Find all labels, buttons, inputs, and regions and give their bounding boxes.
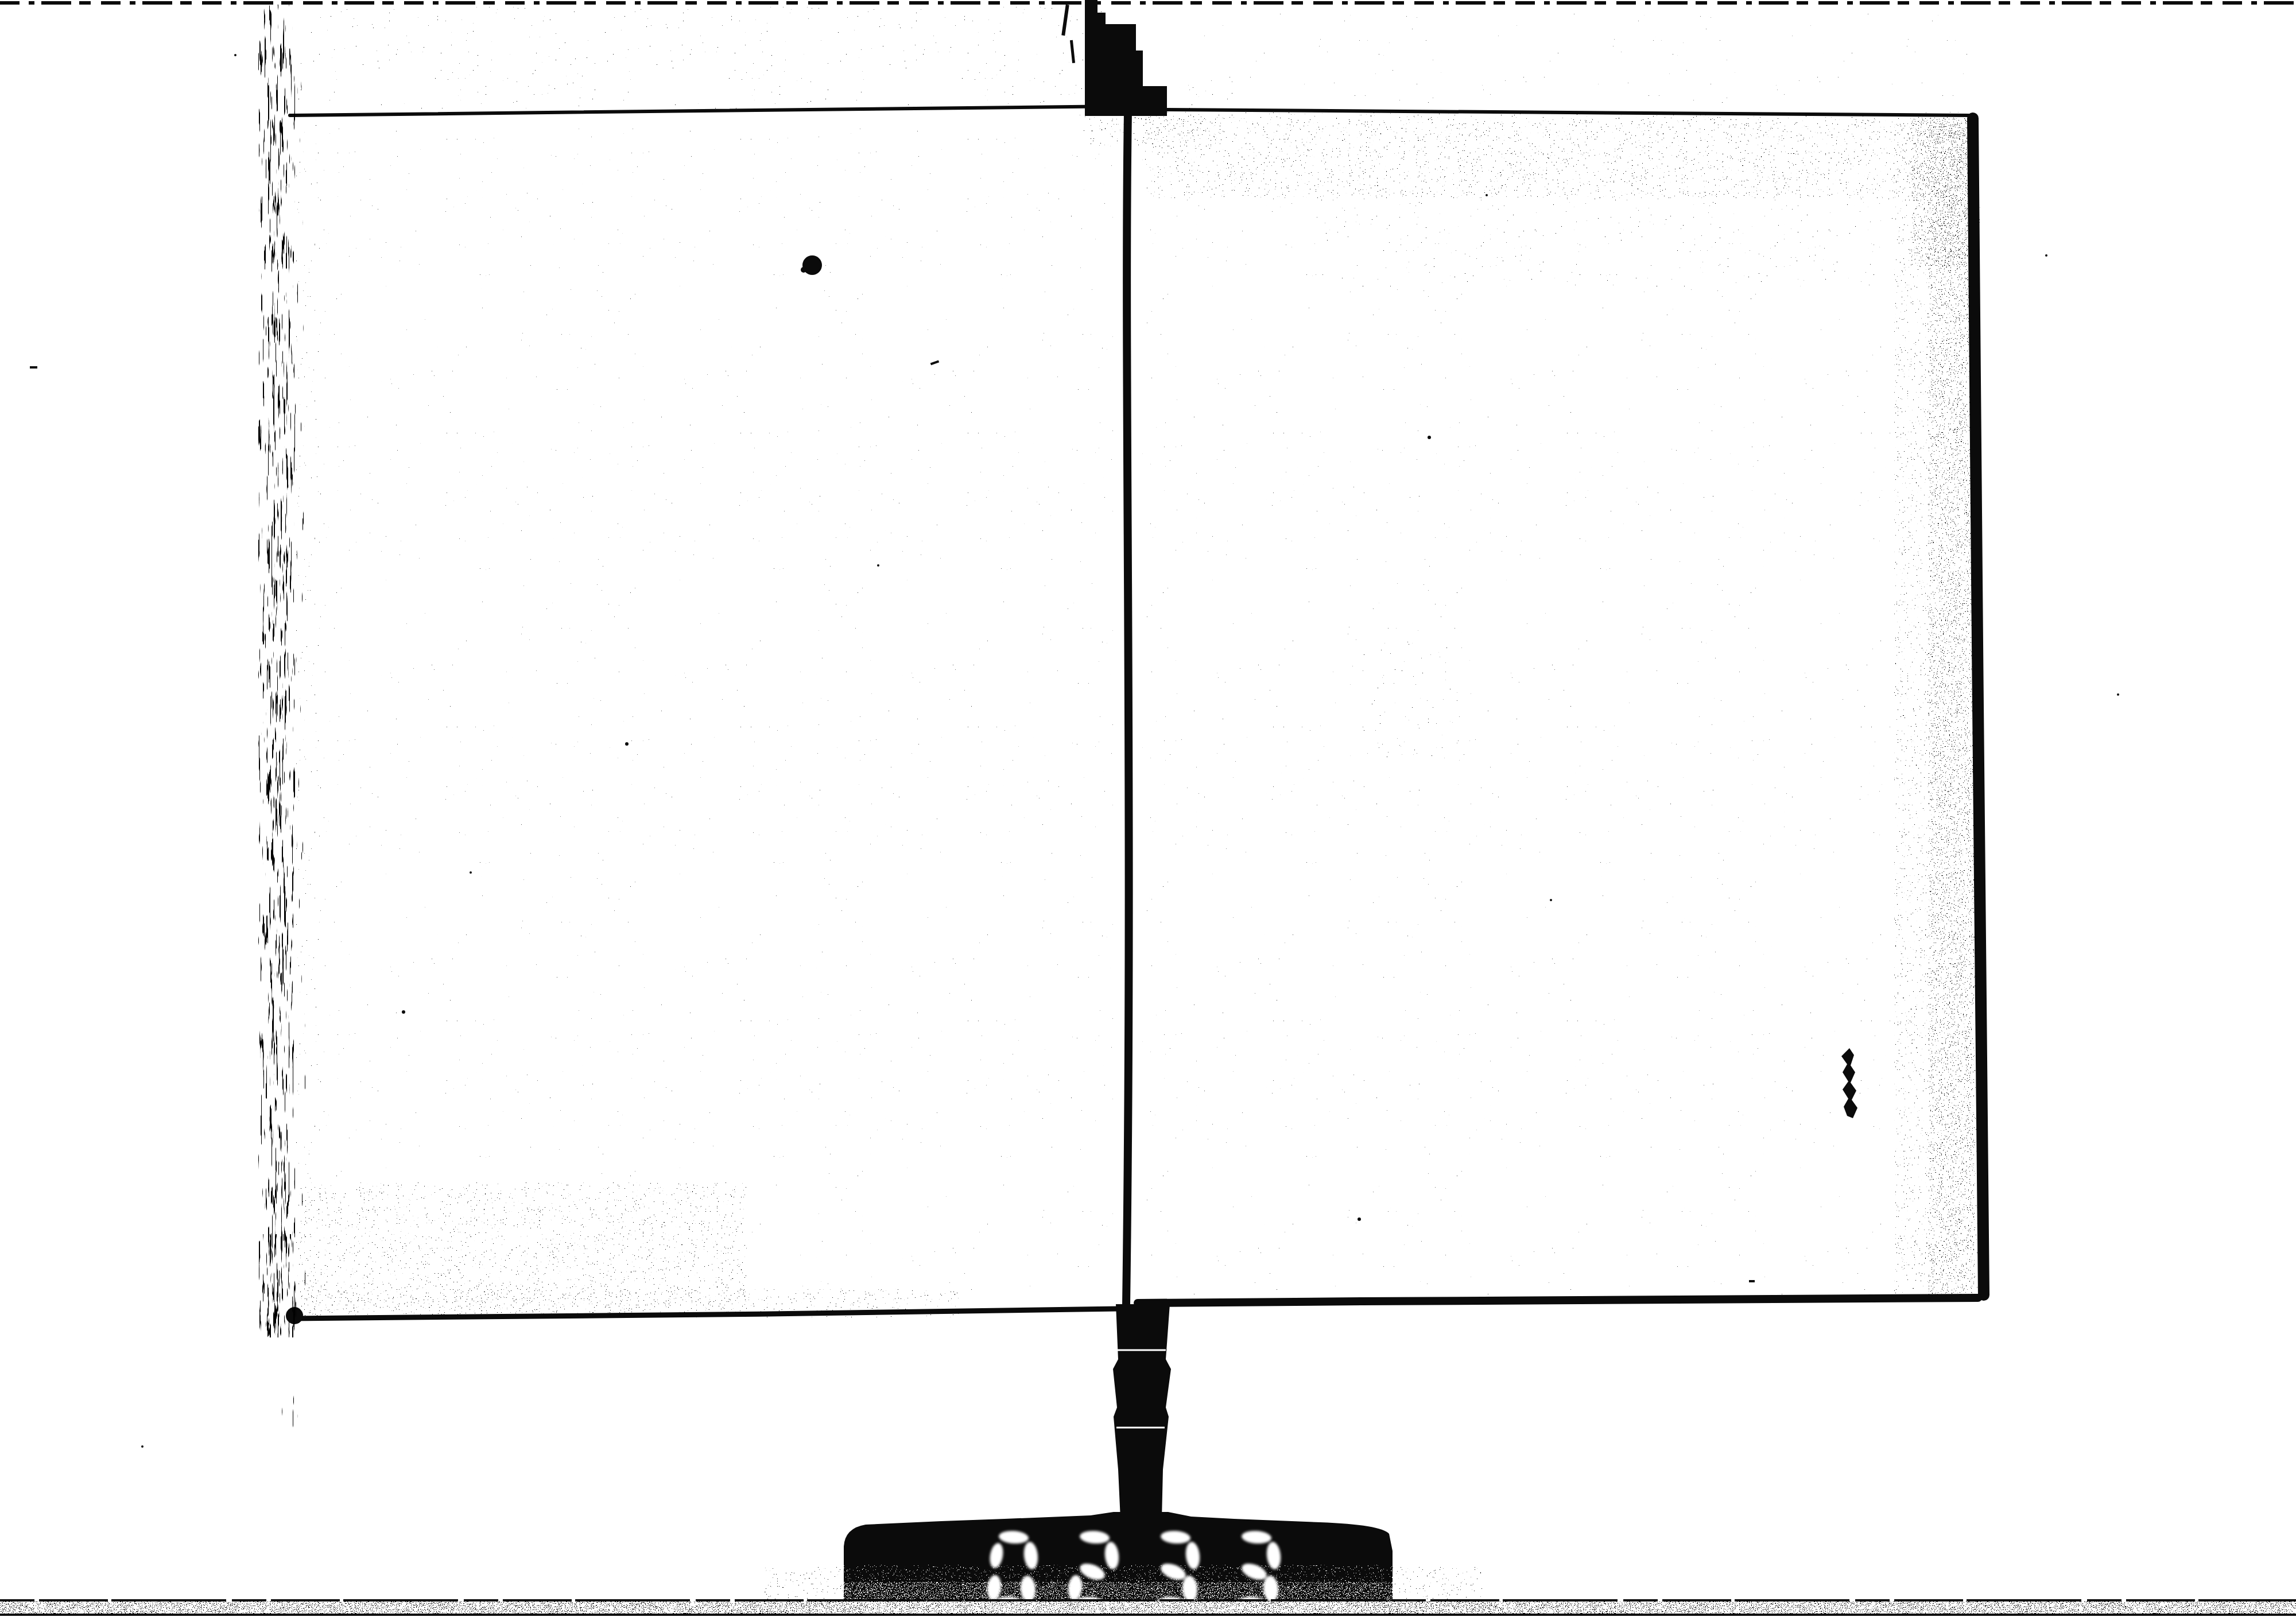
left-page-grain <box>298 123 1114 1294</box>
right-page-bottom-edge <box>1138 1298 1978 1303</box>
right-page-corner-patch <box>1911 118 1975 267</box>
right-page-mid-cluster <box>1349 643 1458 758</box>
book-scan-image <box>0 0 2296 1617</box>
right-page-right-fringe <box>1929 123 1975 1294</box>
right-page <box>1135 110 1986 1304</box>
right-page-top-fade-noise <box>1320 115 1975 287</box>
bottom-border-band <box>0 1600 2296 1615</box>
bottom-border-noise <box>0 1602 2296 1615</box>
book-gutter-line <box>1126 113 1129 1305</box>
scan-page: 0233 <box>0 0 2296 1617</box>
left-band-lower-tail <box>280 1337 300 1461</box>
right-page-grain <box>1142 123 1969 1294</box>
book-cradle-post <box>1113 1304 1171 1519</box>
left-page <box>286 106 1124 1324</box>
